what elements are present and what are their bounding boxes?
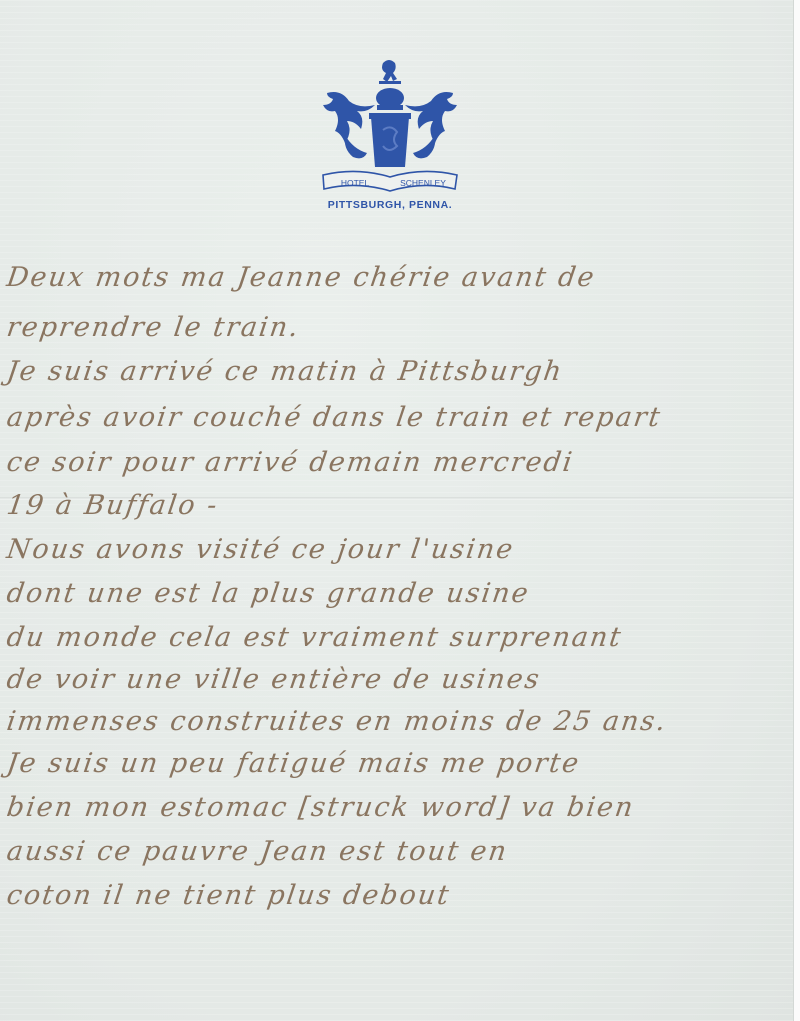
letterhead-city: PITTSBURGH, PENNA.	[310, 199, 470, 211]
letter-line: ce soir pour arrivé demain mercredi	[3, 447, 576, 491]
letter-line: dont une est la plus grande usine	[3, 578, 532, 622]
letter-line: coton il ne tient plus debout	[3, 880, 453, 924]
letter-line: après avoir couché dans le train et repa…	[3, 402, 664, 446]
heraldic-crest-icon: HOTEL SCHENLEY	[315, 55, 465, 195]
letter-line: de voir une ville entière de usines	[3, 664, 543, 708]
letter-line: Nous avons visité ce jour l'usine	[3, 534, 517, 578]
letter-line: reprendre le train.	[3, 312, 302, 356]
letter-line: Je suis un peu fatigué mais me porte	[3, 748, 583, 792]
letter-page: HOTEL SCHENLEY PITTSBURGH, PENNA. Deux m…	[0, 0, 794, 1021]
letter-line: aussi ce pauvre Jean est tout en	[3, 836, 510, 880]
banner-right-text: SCHENLEY	[400, 178, 446, 188]
letter-line: du monde cela est vraiment surprenant	[3, 622, 625, 666]
letter-line: Deux mots ma Jeanne chérie avant de	[3, 262, 598, 306]
banner-left-text: HOTEL	[341, 178, 370, 188]
letter-line: Je suis arrivé ce matin à Pittsburgh	[3, 356, 565, 400]
letter-line: 19 à Buffalo -	[3, 490, 221, 534]
letter-line: bien mon estomac [struck word] va bien m…	[3, 792, 637, 836]
letter-line-text: bien mon estomac [struck word] va bien	[5, 792, 637, 823]
letter-line: immenses construites en moins de 25 ans.	[3, 706, 669, 750]
hotel-letterhead: HOTEL SCHENLEY PITTSBURGH, PENNA.	[310, 55, 470, 225]
